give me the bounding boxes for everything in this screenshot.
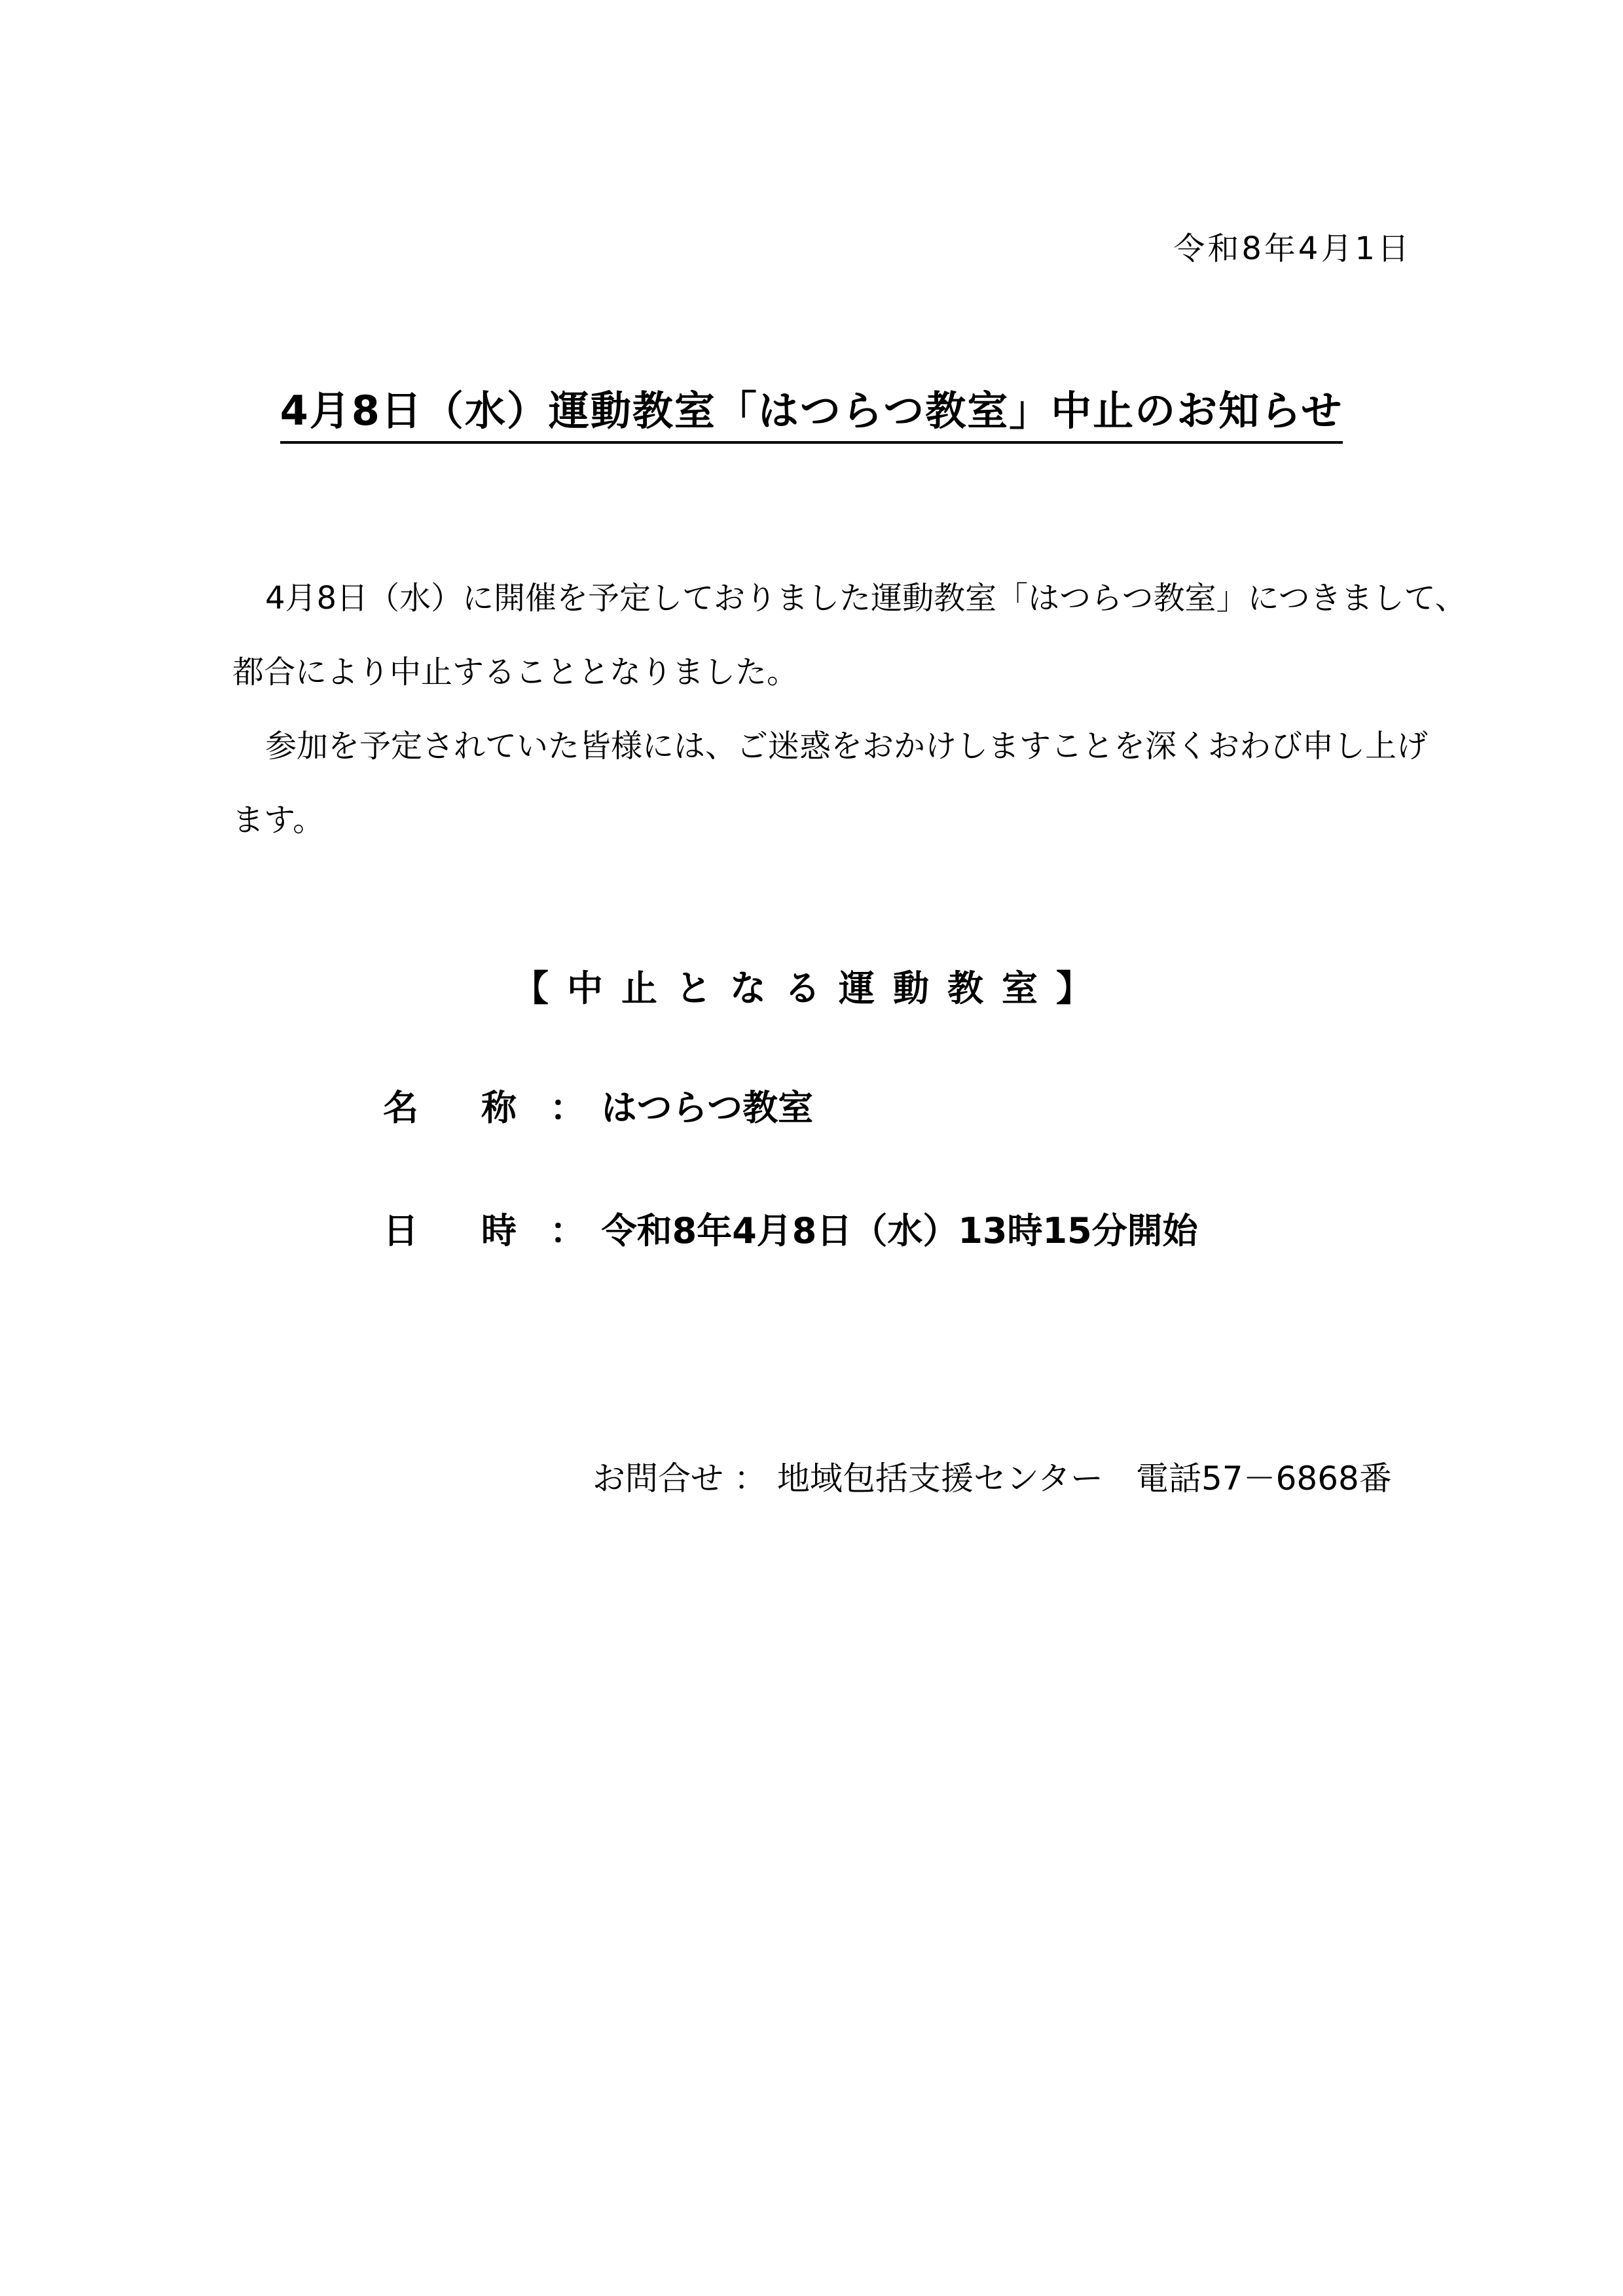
datetime-value: 令和8年4月8日（水）13時15分開始 xyxy=(602,1210,1198,1251)
title-container: 4月8日（水）運動教室「はつらつ教室」中止のお知らせ xyxy=(0,387,1623,444)
detail-row-datetime: 日時 ： 令和8年4月8日（水）13時15分開始 xyxy=(383,1211,1198,1251)
body-line-1: 4月8日（水）に開催を予定しておりました運動教室「はつらつ教室」につきまして、 xyxy=(232,562,1417,636)
contact-line: お問合せ：地域包括支援センター 電話57－6868番 xyxy=(593,1460,1392,1498)
body-line-3: 参加を予定されていた皆様には、ご迷惑をおかけしますことを深くおわび申し上げ xyxy=(232,709,1417,783)
name-value: はつらつ教室 xyxy=(602,1087,813,1128)
contact-value: 地域包括支援センター 電話57－6868番 xyxy=(777,1460,1392,1498)
notice-title: 4月8日（水）運動教室「はつらつ教室」中止のお知らせ xyxy=(280,387,1343,444)
body-paragraphs: 4月8日（水）に開催を予定しておりました運動教室「はつらつ教室」につきまして、 … xyxy=(232,562,1417,857)
issue-date: 令和8年4月1日 xyxy=(1173,230,1412,267)
detail-row-name: 名称 ： はつらつ教室 xyxy=(383,1088,813,1128)
contact-separator: ： xyxy=(734,1460,767,1498)
body-line-4: ます。 xyxy=(232,783,1417,857)
contact-label: お問合せ xyxy=(593,1460,723,1498)
cancelled-class-section-heading: 【中止となる運動教室】 xyxy=(0,967,1623,1009)
notice-page: 令和8年4月1日 4月8日（水）運動教室「はつらつ教室」中止のお知らせ 4月8日… xyxy=(0,0,1623,2296)
datetime-separator: ： xyxy=(550,1210,585,1251)
body-line-2: 都合により中止することとなりました。 xyxy=(232,636,1417,709)
name-separator: ： xyxy=(550,1087,585,1128)
